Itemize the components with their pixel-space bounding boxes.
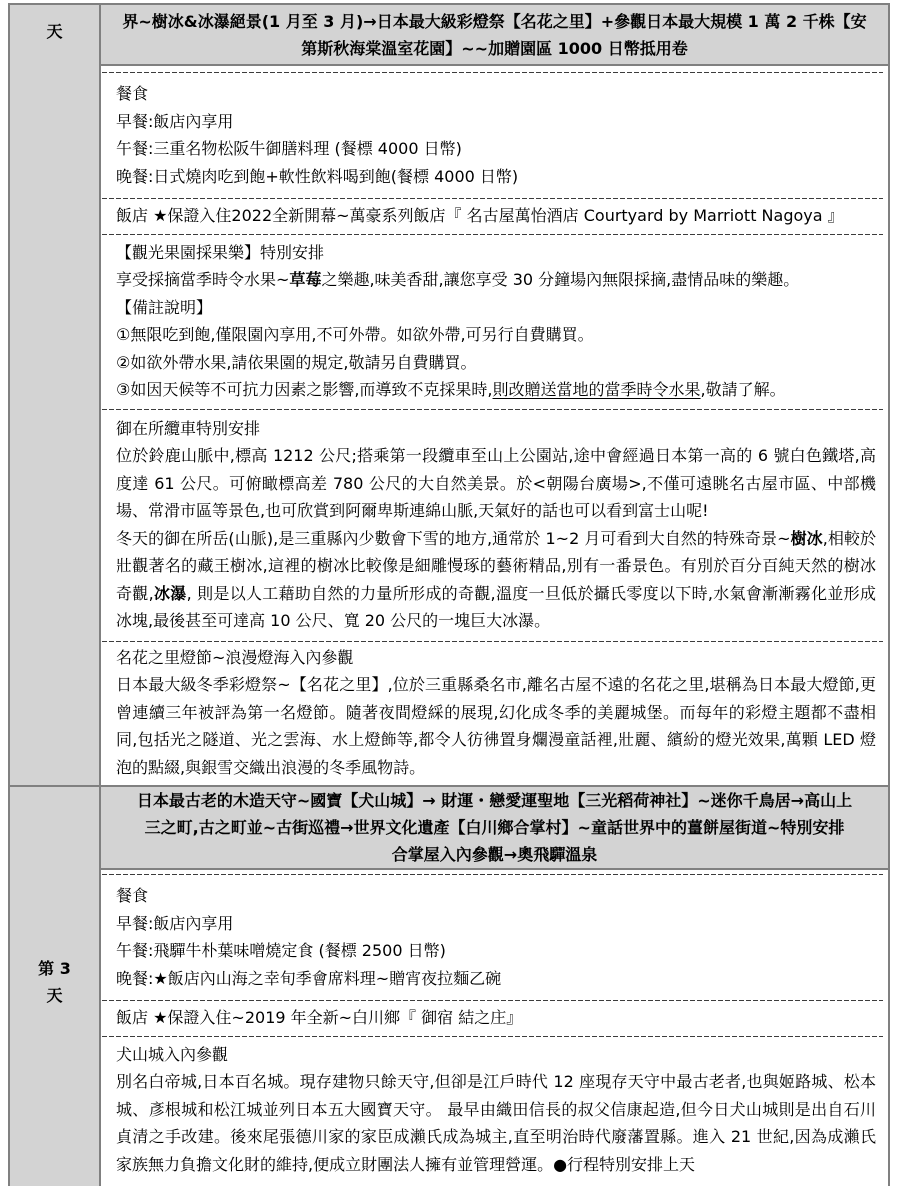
text-run: 享受採摘當季時令水果~ xyxy=(116,270,289,289)
section-meals: 餐食早餐:飯店內享用午餐:三重名物松阪牛御膳料理 (餐標 4000 日幣)晚餐:… xyxy=(101,72,888,198)
text-line: 早餐:飯店內享用 xyxy=(116,108,876,136)
text-run: 飯店 ★保證入住~2019 年全新~白川鄉『 御宿 結之庄』 xyxy=(116,1008,522,1027)
day-title-line: 第斯秋海棠溫室花園】~~加贈園區 1000 日幣抵用卷 xyxy=(111,35,878,62)
text-line: 犬山城入內參觀 xyxy=(116,1041,876,1069)
text-run: 御在所纜車特別安排 xyxy=(116,419,260,438)
text-line: 午餐:飛驒牛朴葉味噌燒定食 (餐標 2500 日幣) xyxy=(116,937,876,965)
text-line: 午餐:三重名物松阪牛御膳料理 (餐標 4000 日幣) xyxy=(116,135,876,163)
day-main-column: 界~樹冰&冰瀑絕景(1 月至 3 月)→日本最大級彩燈祭【名花之里】+參觀日本最… xyxy=(101,5,888,785)
text-line: 冬天的御在所岳(山脈),是三重縣內少數會下雪的地方,通常於 1~2 月可看到大自… xyxy=(116,525,876,635)
text-run: 餐食 xyxy=(116,84,148,103)
text-line: 晚餐:日式燒肉吃到飽+軟性飲料喝到飽(餐標 4000 日幣) xyxy=(116,163,876,191)
section-castle: 犬山城入內參觀別名白帝城,日本百名城。現存建物只餘天守,但卻是江戶時代 12 座… xyxy=(101,1036,888,1186)
itinerary-table: 天 界~樹冰&冰瀑絕景(1 月至 3 月)→日本最大級彩燈祭【名花之里】+參觀日… xyxy=(8,3,890,1185)
text-run: 別名白帝城,日本百名城。現存建物只餘天守,但卻是江戶時代 12 座現存天守中最古… xyxy=(116,1072,876,1174)
text-line: 享受採摘當季時令水果~草莓之樂趣,味美香甜,讓您享受 30 分鐘場內無限採摘,盡… xyxy=(116,266,876,294)
underlined-text-run: 則改贈送當地的當季時令水果 xyxy=(493,380,701,399)
text-run: ③如因天候等不可抗力因素之影響,而導致不克採果時, xyxy=(116,380,493,399)
day-title-cell: 日本最古老的木造天守~國寶【犬山城】→ 財運・戀愛運聖地【三光稻荷神社】~迷你千… xyxy=(101,787,888,870)
text-line: 【備註說明】 xyxy=(116,294,876,322)
day-title-line: 日本最古老的木造天守~國寶【犬山城】→ 財運・戀愛運聖地【三光稻荷神社】~迷你千… xyxy=(111,787,878,814)
text-line: 晚餐:★飯店內山海之幸旬季會席料理~贈宵夜拉麵乙碗 xyxy=(116,965,876,993)
text-run: 晚餐:日式燒肉吃到飽+軟性飲料喝到飽(餐標 4000 日幣) xyxy=(116,167,518,186)
text-line: 名花之里燈節~浪漫燈海入內參觀 xyxy=(116,644,876,672)
bold-text-run: 冰瀑 xyxy=(154,584,187,603)
text-line: 【觀光果園採果樂】特別安排 xyxy=(116,239,876,267)
day-label-line: 天 xyxy=(10,982,99,1009)
text-run: 日本最大級冬季彩燈祭~【名花之里】,位於三重縣桑名市,離名古屋不遠的名花之里,堪… xyxy=(116,675,876,777)
text-run: 午餐:飛驒牛朴葉味噌燒定食 (餐標 2500 日幣) xyxy=(116,941,446,960)
text-line: 日本最大級冬季彩燈祭~【名花之里】,位於三重縣桑名市,離名古屋不遠的名花之里,堪… xyxy=(116,671,876,781)
text-run: 犬山城入內參觀 xyxy=(116,1045,228,1064)
day-row: 天 界~樹冰&冰瀑絕景(1 月至 3 月)→日本最大級彩燈祭【名花之里】+參觀日… xyxy=(10,5,888,787)
day-title-cell: 界~樹冰&冰瀑絕景(1 月至 3 月)→日本最大級彩燈祭【名花之里】+參觀日本最… xyxy=(101,5,888,66)
text-run: 位於鈴鹿山脈中,標高 1212 公尺;搭乘第一段纜車至山上公園站,途中會經過日本… xyxy=(116,446,876,520)
bold-text-run: 草莓 xyxy=(289,270,321,289)
day-label-line: 第 3 xyxy=(10,955,99,982)
text-run: 【觀光果園採果樂】特別安排 xyxy=(116,243,324,262)
bold-text-run: 樹冰 xyxy=(791,529,823,548)
text-run: 飯店 ★保證入住2022全新開幕~萬豪系列飯店『 名古屋萬怡酒店 Courtya… xyxy=(116,206,844,225)
text-run: 之樂趣,味美香甜,讓您享受 30 分鐘場內無限採摘,盡情品味的樂趣。 xyxy=(321,270,799,289)
day-label-cell: 天 xyxy=(10,5,101,785)
text-run: ,敬請了解。 xyxy=(701,380,786,399)
text-run: 早餐:飯店內享用 xyxy=(116,112,233,131)
text-run: 【備註說明】 xyxy=(116,298,212,317)
text-line: ③如因天候等不可抗力因素之影響,而導致不克採果時,則改贈送當地的當季時令水果,敬… xyxy=(116,376,876,404)
day-label-cell: 第 3天 xyxy=(10,787,101,1185)
text-line: 餐食 xyxy=(116,882,876,910)
text-line: 餐食 xyxy=(116,80,876,108)
text-line: ①無限吃到飽,僅限園內享用,不可外帶。如欲外帶,可另行自費購買。 xyxy=(116,321,876,349)
text-run: ②如欲外帶水果,請依果園的規定,敬請另自費購買。 xyxy=(116,353,477,372)
text-line: 飯店 ★保證入住2022全新開幕~萬豪系列飯店『 名古屋萬怡酒店 Courtya… xyxy=(116,202,876,230)
text-run: 早餐:飯店內享用 xyxy=(116,914,233,933)
text-run: 冬天的御在所岳(山脈),是三重縣內少數會下雪的地方,通常於 1~2 月可看到大自… xyxy=(116,529,791,548)
day-title-line: 合掌屋入內參觀→奧飛驒溫泉 xyxy=(111,841,878,868)
day-label-line: 天 xyxy=(10,18,99,45)
day-title-line: 界~樹冰&冰瀑絕景(1 月至 3 月)→日本最大級彩燈祭【名花之里】+參觀日本最… xyxy=(111,8,878,35)
text-run: 名花之里燈節~浪漫燈海入內參觀 xyxy=(116,648,353,667)
section-nabana: 名花之里燈節~浪漫燈海入內參觀日本最大級冬季彩燈祭~【名花之里】,位於三重縣桑名… xyxy=(101,641,888,786)
text-run: 晚餐:★飯店內山海之幸旬季會席料理~贈宵夜拉麵乙碗 xyxy=(116,969,501,988)
text-run: 餐食 xyxy=(116,886,148,905)
text-line: 別名白帝城,日本百名城。現存建物只餘天守,但卻是江戶時代 12 座現存天守中最古… xyxy=(116,1068,876,1178)
section-hotel: 飯店 ★保證入住~2019 年全新~白川鄉『 御宿 結之庄』 xyxy=(101,1000,888,1036)
day-content-cell: 餐食早餐:飯店內享用午餐:三重名物松阪牛御膳料理 (餐標 4000 日幣)晚餐:… xyxy=(101,66,888,785)
text-run: , 則是以人工藉助自然的力量所形成的奇觀,溫度一旦低於攝氏零度以下時,水氣會漸漸… xyxy=(116,584,876,631)
day-title-line: 三之町,古之町並~古街巡禮→世界文化遺產【白川鄉合掌村】~童話世界中的薑餅屋街道… xyxy=(111,814,878,841)
text-line: 飯店 ★保證入住~2019 年全新~白川鄉『 御宿 結之庄』 xyxy=(116,1004,876,1032)
text-line: 早餐:飯店內享用 xyxy=(116,910,876,938)
text-line: 位於鈴鹿山脈中,標高 1212 公尺;搭乘第一段纜車至山上公園站,途中會經過日本… xyxy=(116,442,876,525)
section-fruit: 【觀光果園採果樂】特別安排享受採摘當季時令水果~草莓之樂趣,味美香甜,讓您享受 … xyxy=(101,234,888,409)
text-line: 御在所纜車特別安排 xyxy=(116,415,876,443)
text-run: ①無限吃到飽,僅限園內享用,不可外帶。如欲外帶,可另行自費購買。 xyxy=(116,325,594,344)
day-main-column: 日本最古老的木造天守~國寶【犬山城】→ 財運・戀愛運聖地【三光稻荷神社】~迷你千… xyxy=(101,787,888,1185)
section-ropeway: 御在所纜車特別安排位於鈴鹿山脈中,標高 1212 公尺;搭乘第一段纜車至山上公園… xyxy=(101,409,888,641)
section-meals: 餐食早餐:飯店內享用午餐:飛驒牛朴葉味噌燒定食 (餐標 2500 日幣)晚餐:★… xyxy=(101,874,888,1000)
section-hotel: 飯店 ★保證入住2022全新開幕~萬豪系列飯店『 名古屋萬怡酒店 Courtya… xyxy=(101,198,888,234)
text-run: 午餐:三重名物松阪牛御膳料理 (餐標 4000 日幣) xyxy=(116,139,462,158)
day-content-cell: 餐食早餐:飯店內享用午餐:飛驒牛朴葉味噌燒定食 (餐標 2500 日幣)晚餐:★… xyxy=(101,870,888,1185)
text-line: ②如欲外帶水果,請依果園的規定,敬請另自費購買。 xyxy=(116,349,876,377)
day-row: 第 3天 日本最古老的木造天守~國寶【犬山城】→ 財運・戀愛運聖地【三光稻荷神社… xyxy=(10,787,888,1185)
